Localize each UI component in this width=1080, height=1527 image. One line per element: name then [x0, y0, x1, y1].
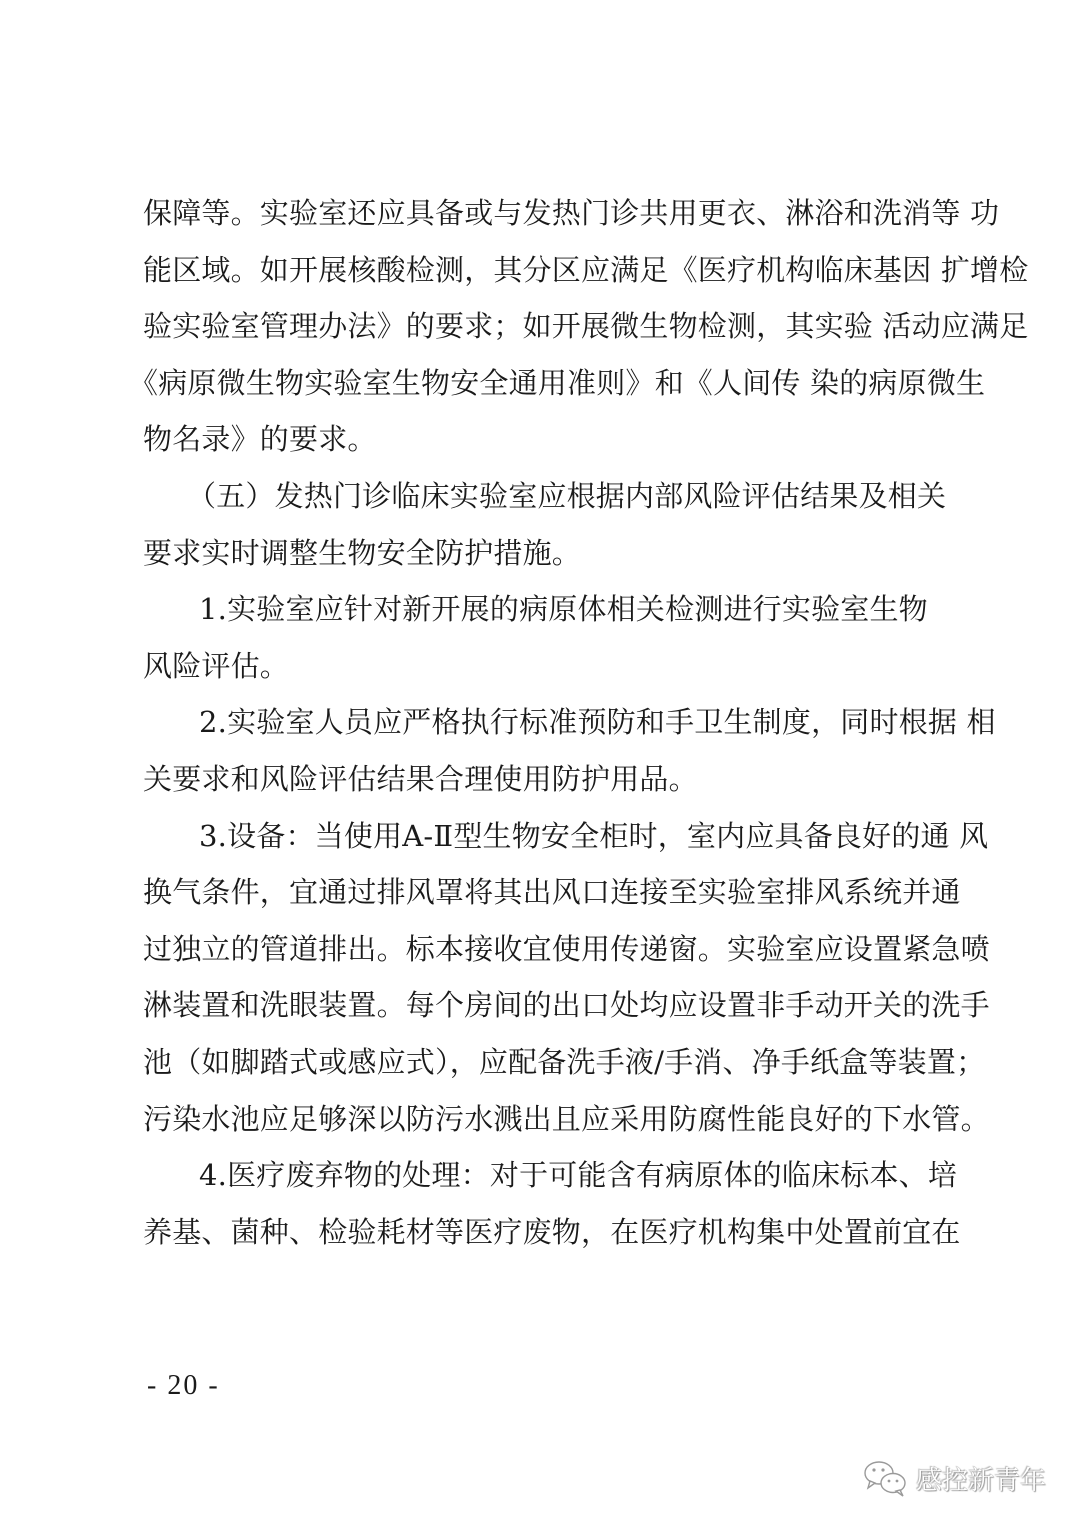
- document-body: 保障等。实验室还应具备或与发热门诊共用更衣、淋浴和洗消等 功 能区域。如开展核酸…: [143, 185, 953, 1260]
- text-line: 池（如脚踏式或感应式），应配备洗手液/手消、净手纸盒等装置；: [143, 1034, 953, 1091]
- text-line: 过独立的管道排出。标本接收宜使用传递窗。实验室应设置紧急喷: [143, 921, 953, 978]
- text-line: 要求实时调整生物安全防护措施。: [143, 525, 953, 582]
- text-line: 淋装置和洗眼装置。每个房间的出口处均应设置非手动开关的洗手: [143, 977, 953, 1034]
- watermark-text: 感控新青年: [916, 1460, 1046, 1497]
- list-item-2-line: 2.实验室人员应严格执行标准预防和手卫生制度，同时根据 相: [143, 694, 953, 751]
- section-heading-line: （五）发热门诊临床实验室应根据内部风险评估结果及相关: [143, 468, 953, 525]
- document-page: 保障等。实验室还应具备或与发热门诊共用更衣、淋浴和洗消等 功 能区域。如开展核酸…: [0, 0, 1080, 1527]
- text-line: 污染水池应足够深以防污水溅出且应采用防腐性能良好的下水管。: [143, 1091, 953, 1148]
- text-line: 能区域。如开展核酸检测，其分区应满足《医疗机构临床基因 扩增检: [143, 242, 953, 299]
- wechat-icon: [862, 1458, 910, 1498]
- list-item-3-line: 3.设备：当使用A-Ⅱ型生物安全柜时，室内应具备良好的通 风: [143, 808, 953, 865]
- text-line: 物名录》的要求。: [143, 411, 953, 468]
- text-line: 养基、菌种、检验耗材等医疗废物，在医疗机构集中处置前宜在: [143, 1204, 953, 1261]
- list-item-1-line: 1.实验室应针对新开展的病原体相关检测进行实验室生物: [143, 581, 953, 638]
- list-item-4-line: 4.医疗废弃物的处理：对于可能含有病原体的临床标本、培: [143, 1147, 953, 1204]
- text-line: 验实验室管理办法》的要求；如开展微生物检测，其实验 活动应满足: [143, 298, 953, 355]
- watermark: 感控新青年: [862, 1458, 1046, 1498]
- page-number: - 20 -: [147, 1370, 220, 1402]
- text-line: 《病原微生物实验室生物安全通用准则》和《人间传 染的病原微生: [129, 355, 953, 412]
- text-line: 风险评估。: [143, 638, 953, 695]
- text-line: 关要求和风险评估结果合理使用防护用品。: [143, 751, 953, 808]
- text-line: 保障等。实验室还应具备或与发热门诊共用更衣、淋浴和洗消等 功: [143, 185, 953, 242]
- text-line: 换气条件，宜通过排风罩将其出风口连接至实验室排风系统并通: [143, 864, 953, 921]
